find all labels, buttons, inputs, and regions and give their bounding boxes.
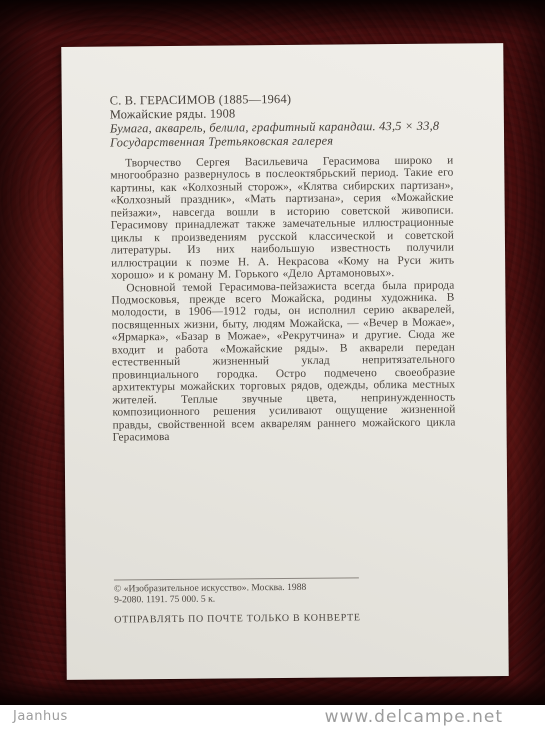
- postcard-back: С. В. ГЕРАСИМОВ (1885—1964) Можайские ря…: [61, 43, 509, 680]
- divider-rule: [114, 577, 359, 580]
- description-block: Творчество Сергея Васильевича Герасимова…: [110, 155, 455, 444]
- artwork-medium-dimensions: Бумага, акварель, белила, графитный кара…: [110, 119, 453, 136]
- colophon-block: © «Изобразительное искусство». Москва. 1…: [114, 577, 457, 626]
- leather-background-photo: С. В. ГЕРАСИМОВ (1885—1964) Можайские ря…: [0, 0, 545, 705]
- print-code-line: 9-2080. 1191. 75 000. 5 к.: [114, 592, 457, 606]
- artwork-museum: Государственная Третьяковская галерея: [110, 133, 453, 150]
- watermark-site-url: www.delcampe.net: [325, 707, 503, 727]
- mailing-note: ОТПРАВЛЯТЬ ПО ПОЧТЕ ТОЛЬКО В КОНВЕРТЕ: [114, 612, 457, 626]
- description-paragraph-1: Творчество Сергея Васильевича Герасимова…: [110, 155, 454, 283]
- artwork-info-block: С. В. ГЕРАСИМОВ (1885—1964) Можайские ря…: [110, 91, 453, 150]
- description-paragraph-2: Основной темой Герасимова-пейзажиста все…: [111, 279, 455, 444]
- watermark-bar: Jaanhus www.delcampe.net: [0, 705, 545, 730]
- watermark-seller-name: Jaanhus: [13, 709, 68, 724]
